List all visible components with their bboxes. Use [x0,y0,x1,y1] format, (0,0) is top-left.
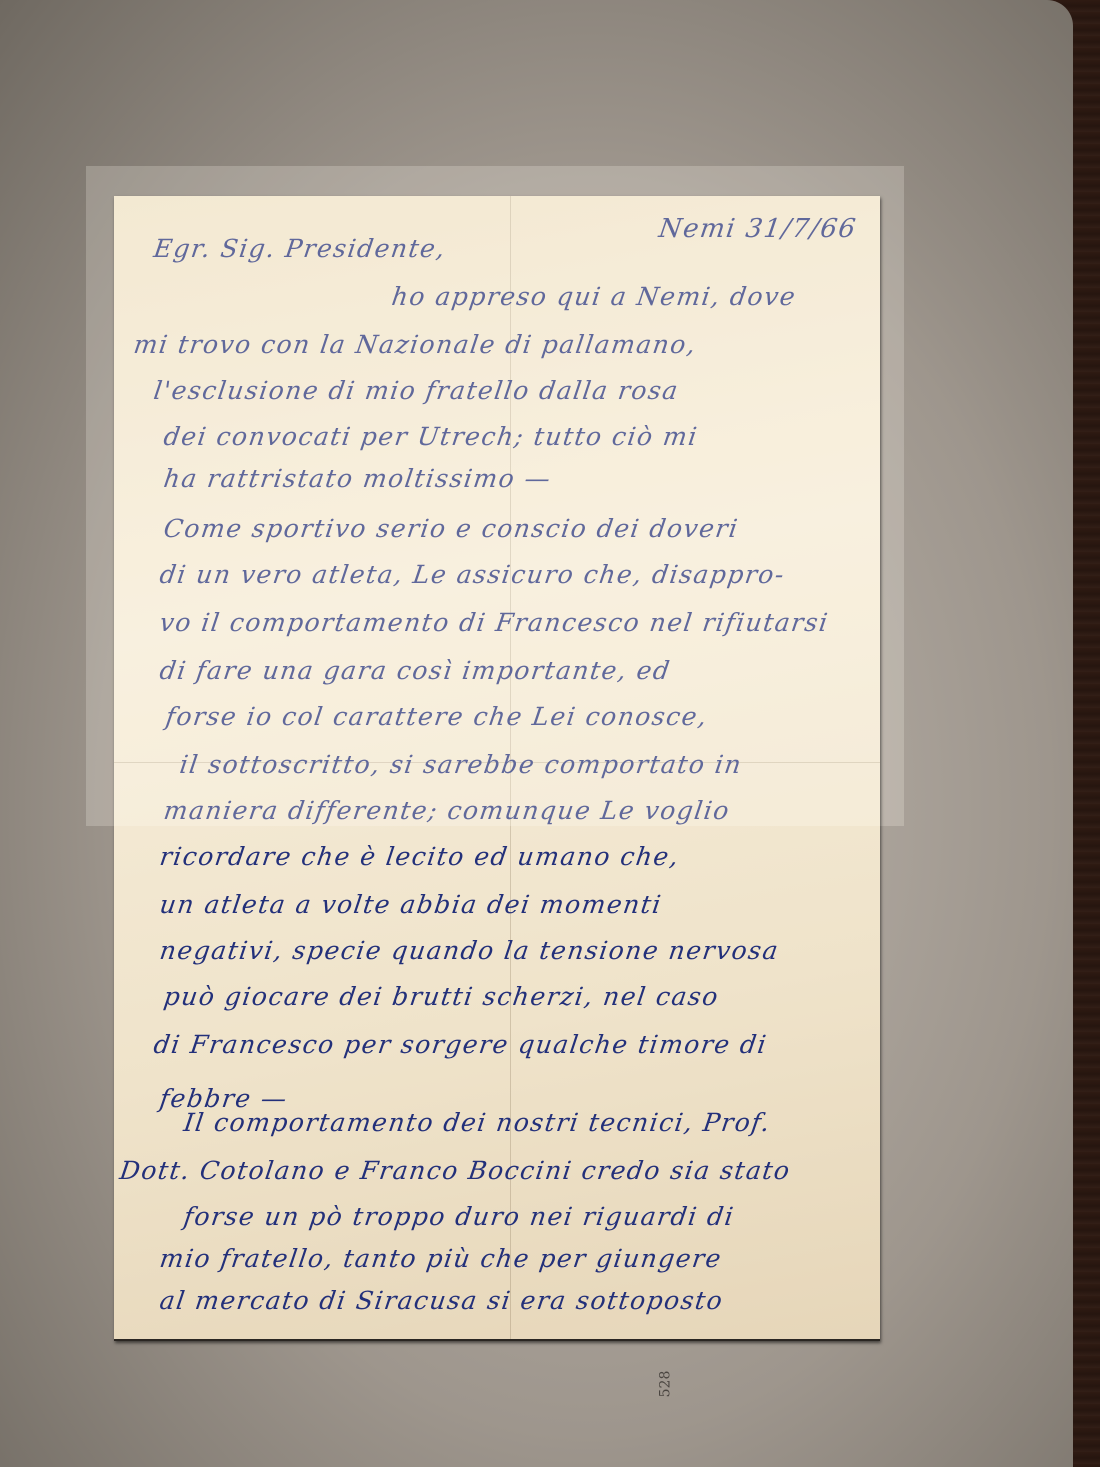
letter-line: forse un pò troppo duro nei riguardi di [182,1202,736,1231]
letter-line: ha rattristato moltissimo — [162,464,553,493]
letter-line: dei convocati per Utrech; tutto ciò mi [162,422,700,451]
letter-line: vo il comportamento di Francesco nel rif… [158,608,831,637]
place-date: Nemi 31/7/66 [657,214,859,244]
letter-line: Dott. Cotolano e Franco Boccini credo si… [118,1156,793,1185]
letter-line: di un vero atleta, Le assicuro che, disa… [158,560,787,589]
salutation: Egr. Sig. Presidente, [152,234,448,263]
letter-line: di Francesco per sorgere qualche timore … [152,1030,769,1059]
letter-line: ricordare che è lecito ed umano che, [158,842,681,871]
letter-line: ho appreso qui a Nemi, dove [390,282,798,311]
letter-line: maniera differente; comunque Le voglio [162,796,732,825]
letter-line: l'esclusione di mio fratello dalla rosa [152,376,681,405]
page-number: 528 [657,1371,673,1398]
letter-line: mio fratello, tanto più che per giungere [158,1244,724,1273]
letter-line: di fare una gara così importante, ed [158,656,673,685]
letter-line: Come sportivo serio e conscio dei doveri [162,514,741,543]
letter-line: negativi, specie quando la tensione nerv… [158,936,781,965]
letter-line: un atleta a volte abbia dei momenti [158,890,664,919]
letter-line: può giocare dei brutti scherzi, nel caso [162,982,721,1011]
letter-line: il sottoscritto, si sarebbe comportato i… [178,750,744,779]
letter-line: forse io col carattere che Lei conosce, [164,702,710,731]
handwritten-letter: Nemi 31/7/66 Egr. Sig. Presidente, ho ap… [114,196,880,1341]
letter-line: mi trovo con la Nazionale di pallamano, [132,330,699,359]
letter-line: Il comportamento dei nostri tecnici, Pro… [182,1108,773,1137]
letter-line: al mercato di Siracusa si era sottoposto [158,1286,725,1315]
